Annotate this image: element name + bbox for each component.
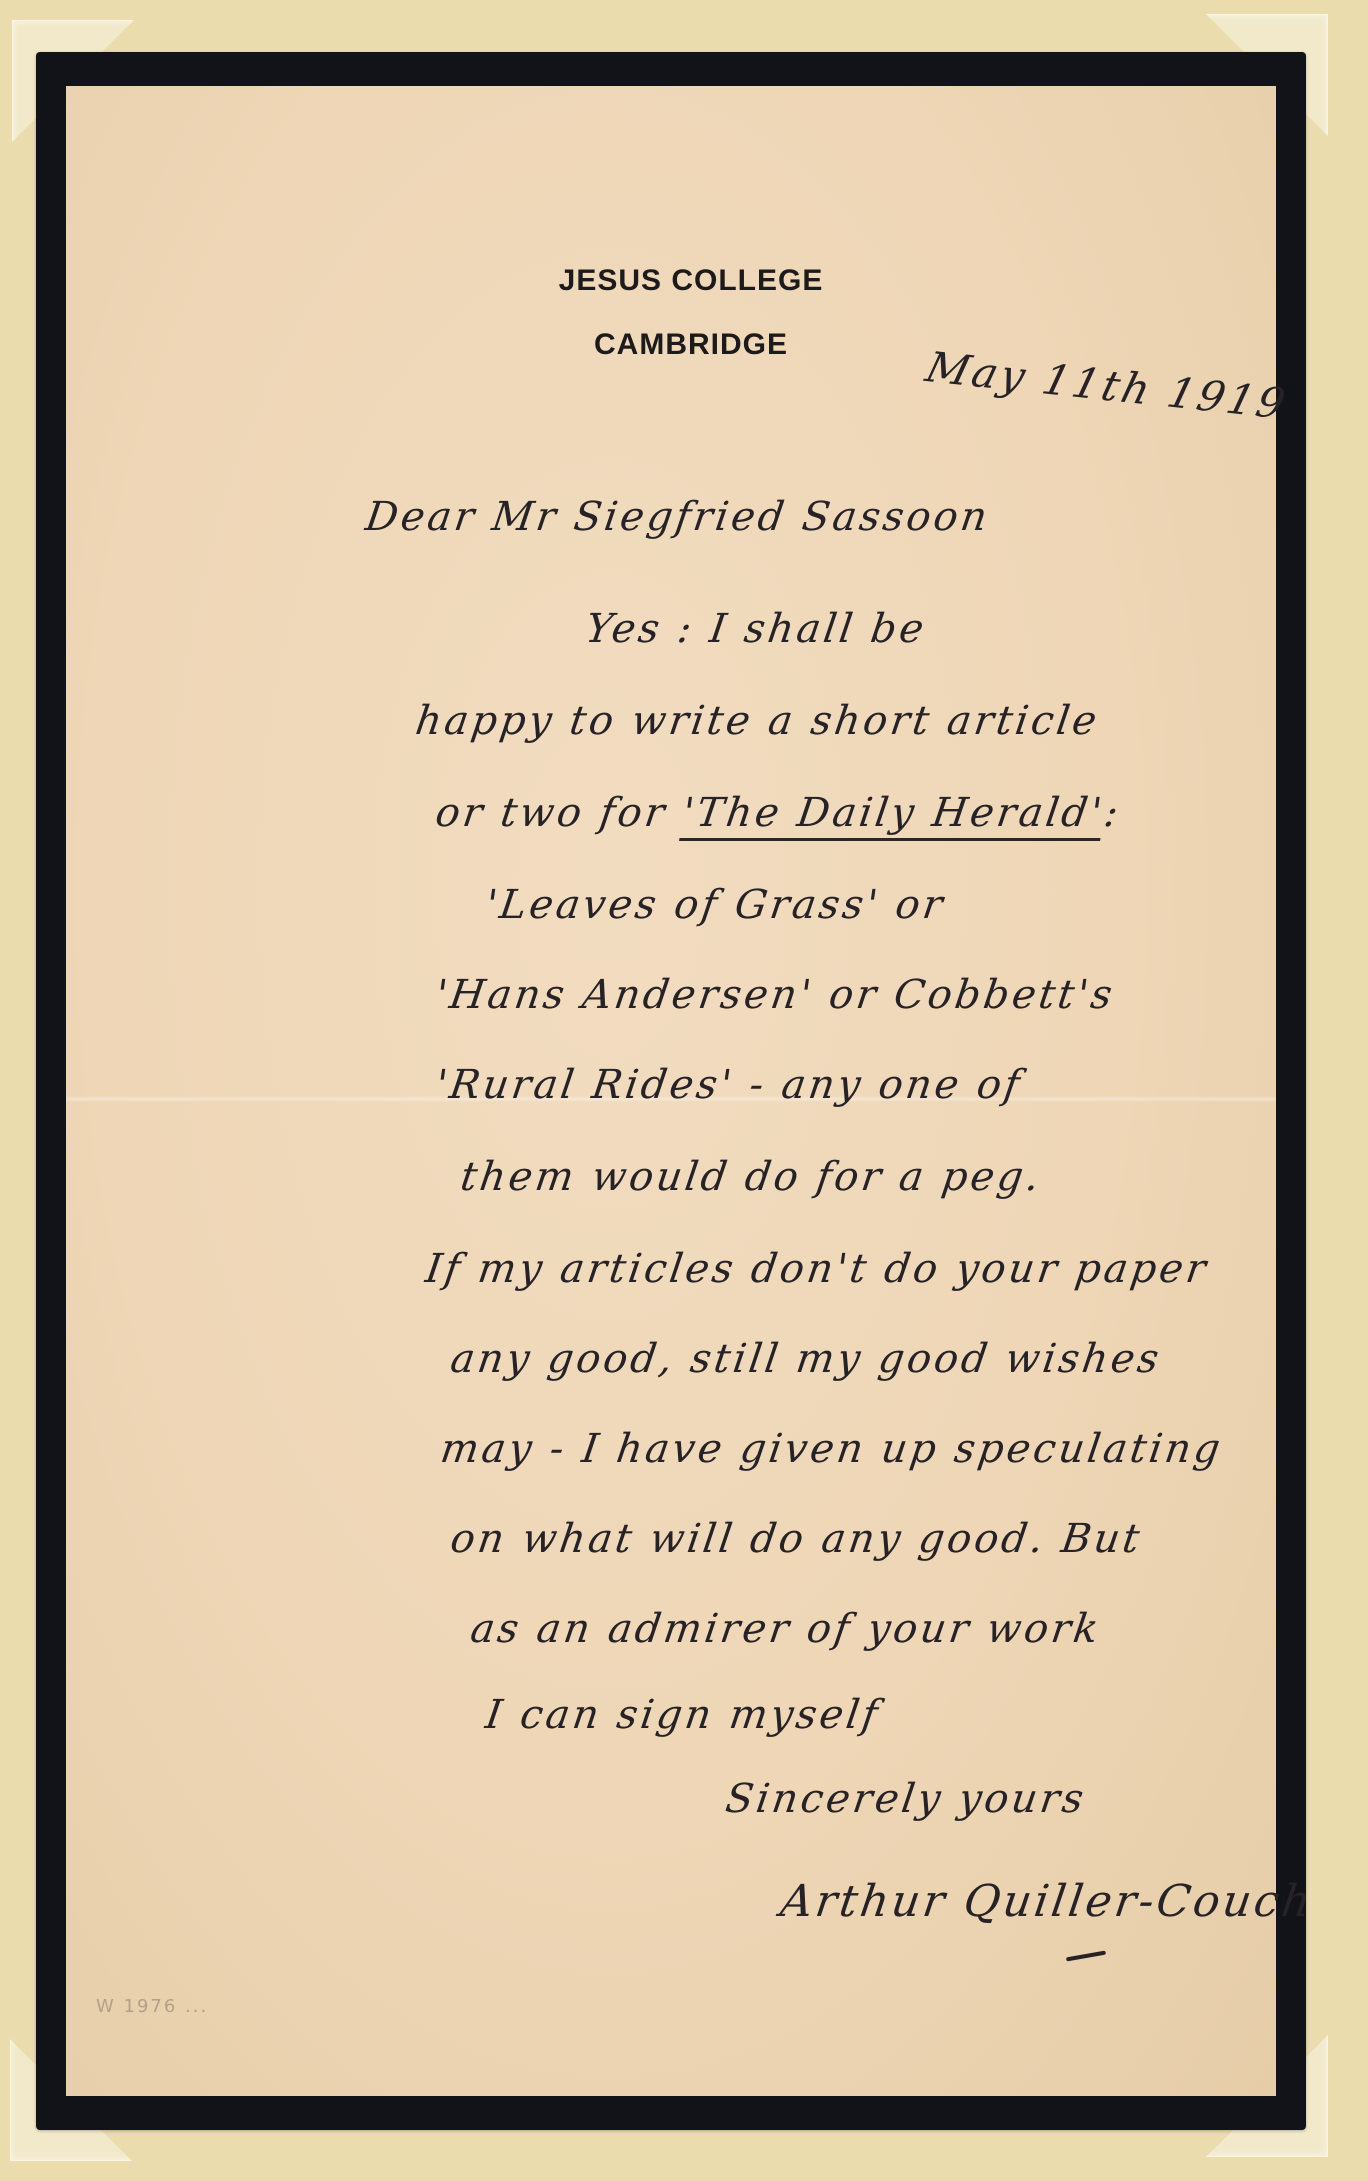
body-line-10: may - I have given up speculating: [438, 1426, 1226, 1472]
body-line-7: them would do for a peg.: [458, 1154, 1045, 1200]
archival-pencil-mark: W 1976 ...: [96, 1996, 208, 2017]
letterhead-college: JESUS COLLEGE: [106, 264, 1276, 298]
letterhead-city: CAMBRIDGE: [106, 328, 1276, 362]
body-line-1: Yes : I shall be: [583, 606, 930, 652]
body-line-9: any good, still my good wishes: [448, 1336, 1165, 1382]
body-line-3-text: or two for: [433, 790, 686, 836]
salutation: Dear Mr Siegfried Sassoon: [363, 494, 993, 540]
body-line-13: I can sign myself: [483, 1692, 883, 1738]
body-line-5: 'Hans Andersen' or Cobbett's: [433, 972, 1118, 1018]
body-line-3: or two for 'The Daily Herald':: [433, 790, 1124, 836]
body-line-12: as an admirer of your work: [468, 1606, 1104, 1652]
body-line-6: 'Rural Rides' - any one of: [433, 1062, 1026, 1108]
body-line-11: on what will do any good. But: [448, 1516, 1145, 1562]
newspaper-title: 'The Daily Herald': [679, 790, 1108, 841]
closing: Sincerely yours: [723, 1776, 1089, 1822]
letterhead: JESUS COLLEGE CAMBRIDGE: [66, 264, 1276, 362]
letter-paper: JESUS COLLEGE CAMBRIDGE May 11th 1919 De…: [66, 86, 1276, 2096]
mourning-border-card: JESUS COLLEGE CAMBRIDGE May 11th 1919 De…: [36, 52, 1306, 2130]
body-line-4: 'Leaves of Grass' or: [483, 882, 949, 928]
signature-flourish: [1066, 1951, 1106, 1962]
signature: Arthur Quiller-Couch: [777, 1876, 1316, 1927]
body-line-2: happy to write a short article: [413, 698, 1103, 744]
body-line-8: If my articles don't do your paper: [423, 1246, 1212, 1292]
